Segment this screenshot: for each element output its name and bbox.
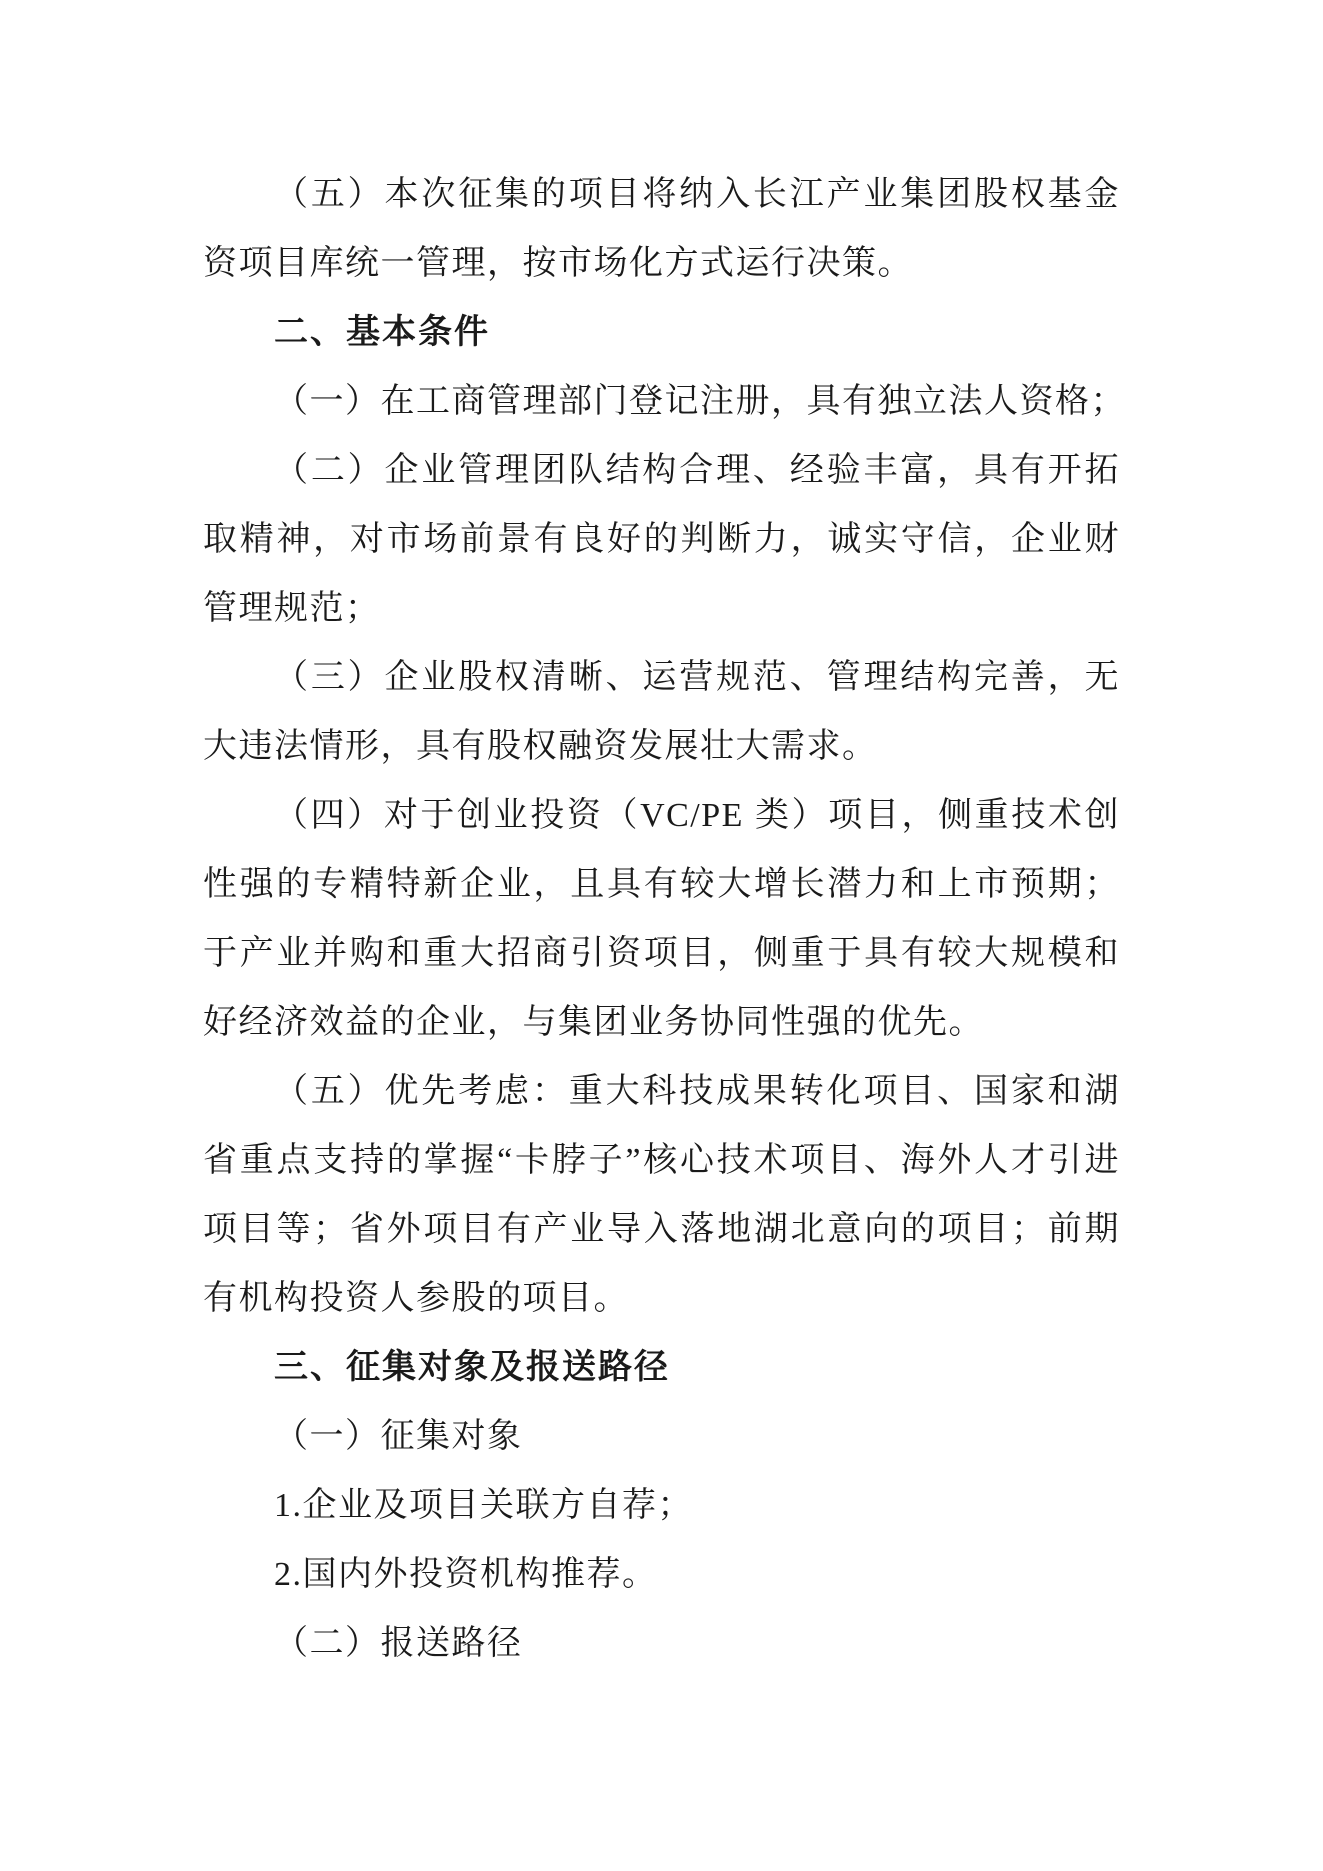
text-line: 1.企业及项目关联方自荐； <box>203 1471 1120 1540</box>
list-item-institution-recommendation: 2.国内外投资机构推荐。 <box>203 1540 1120 1609</box>
text-line: 管理规范； <box>203 574 1120 643</box>
text-line: 性强的专精特新企业，且具有较大增长潜力和上市预期；对 <box>203 850 1120 919</box>
text-line: （四）对于创业投资（VC/PE 类）项目，侧重技术创新 <box>203 781 1120 850</box>
text-line: 项目等；省外项目有产业导入落地湖北意向的项目；前期已 <box>203 1195 1120 1264</box>
text-line: 资项目库统一管理，按市场化方式运行决策。 <box>203 229 1120 298</box>
para-equity-structure: （三）企业股权清晰、运营规范、管理结构完善，无重大违法情形，具有股权融资发展壮大… <box>203 643 1120 781</box>
text-line: 大违法情形，具有股权融资发展壮大需求。 <box>203 712 1120 781</box>
text-content: （五）本次征集的项目将纳入长江产业集团股权基金投资项目库统一管理，按市场化方式运… <box>203 160 1120 1678</box>
text-line: 好经济效益的企业，与集团业务协同性强的优先。 <box>203 988 1120 1057</box>
text-line: 2.国内外投资机构推荐。 <box>203 1540 1120 1609</box>
subheading-submission-path: （二）报送路径 <box>203 1609 1120 1678</box>
text-line: 二、基本条件 <box>203 298 1120 367</box>
text-line: （五）本次征集的项目将纳入长江产业集团股权基金投 <box>203 160 1120 229</box>
text-line: （二）企业管理团队结构合理、经验丰富，具有开拓进 <box>203 436 1120 505</box>
subheading-collection-targets: （一）征集对象 <box>203 1402 1120 1471</box>
text-line: 省重点支持的掌握“卡脖子”核心技术项目、海外人才引进 <box>203 1126 1120 1195</box>
heading-basic-conditions: 二、基本条件 <box>203 298 1120 367</box>
text-line: （一）征集对象 <box>203 1402 1120 1471</box>
text-line: 取精神，对市场前景有良好的判断力，诚实守信，企业财务 <box>203 505 1120 574</box>
para-registration-legal-person: （一）在工商管理部门登记注册，具有独立法人资格； <box>203 367 1120 436</box>
text-line: （三）企业股权清晰、运营规范、管理结构完善，无重 <box>203 643 1120 712</box>
para-vcpe-focus: （四）对于创业投资（VC/PE 类）项目，侧重技术创新性强的专精特新企业，且具有… <box>203 781 1120 1057</box>
text-line: （二）报送路径 <box>203 1609 1120 1678</box>
para-fund-pool-management: （五）本次征集的项目将纳入长江产业集团股权基金投资项目库统一管理，按市场化方式运… <box>203 160 1120 298</box>
para-management-team: （二）企业管理团队结构合理、经验丰富，具有开拓进取精神，对市场前景有良好的判断力… <box>203 436 1120 643</box>
heading-collection-targets-and-paths: 三、征集对象及报送路径 <box>203 1333 1120 1402</box>
text-line: （五）优先考虑：重大科技成果转化项目、国家和湖北 <box>203 1057 1120 1126</box>
para-priority-considerations: （五）优先考虑：重大科技成果转化项目、国家和湖北省重点支持的掌握“卡脖子”核心技… <box>203 1057 1120 1333</box>
list-item-self-recommendation: 1.企业及项目关联方自荐； <box>203 1471 1120 1540</box>
text-line: 有机构投资人参股的项目。 <box>203 1264 1120 1333</box>
text-line: 三、征集对象及报送路径 <box>203 1333 1120 1402</box>
text-line: 于产业并购和重大招商引资项目，侧重于具有较大规模和良 <box>203 919 1120 988</box>
text-line: （一）在工商管理部门登记注册，具有独立法人资格； <box>203 367 1120 436</box>
document-page: （五）本次征集的项目将纳入长江产业集团股权基金投资项目库统一管理，按市场化方式运… <box>0 0 1323 1871</box>
